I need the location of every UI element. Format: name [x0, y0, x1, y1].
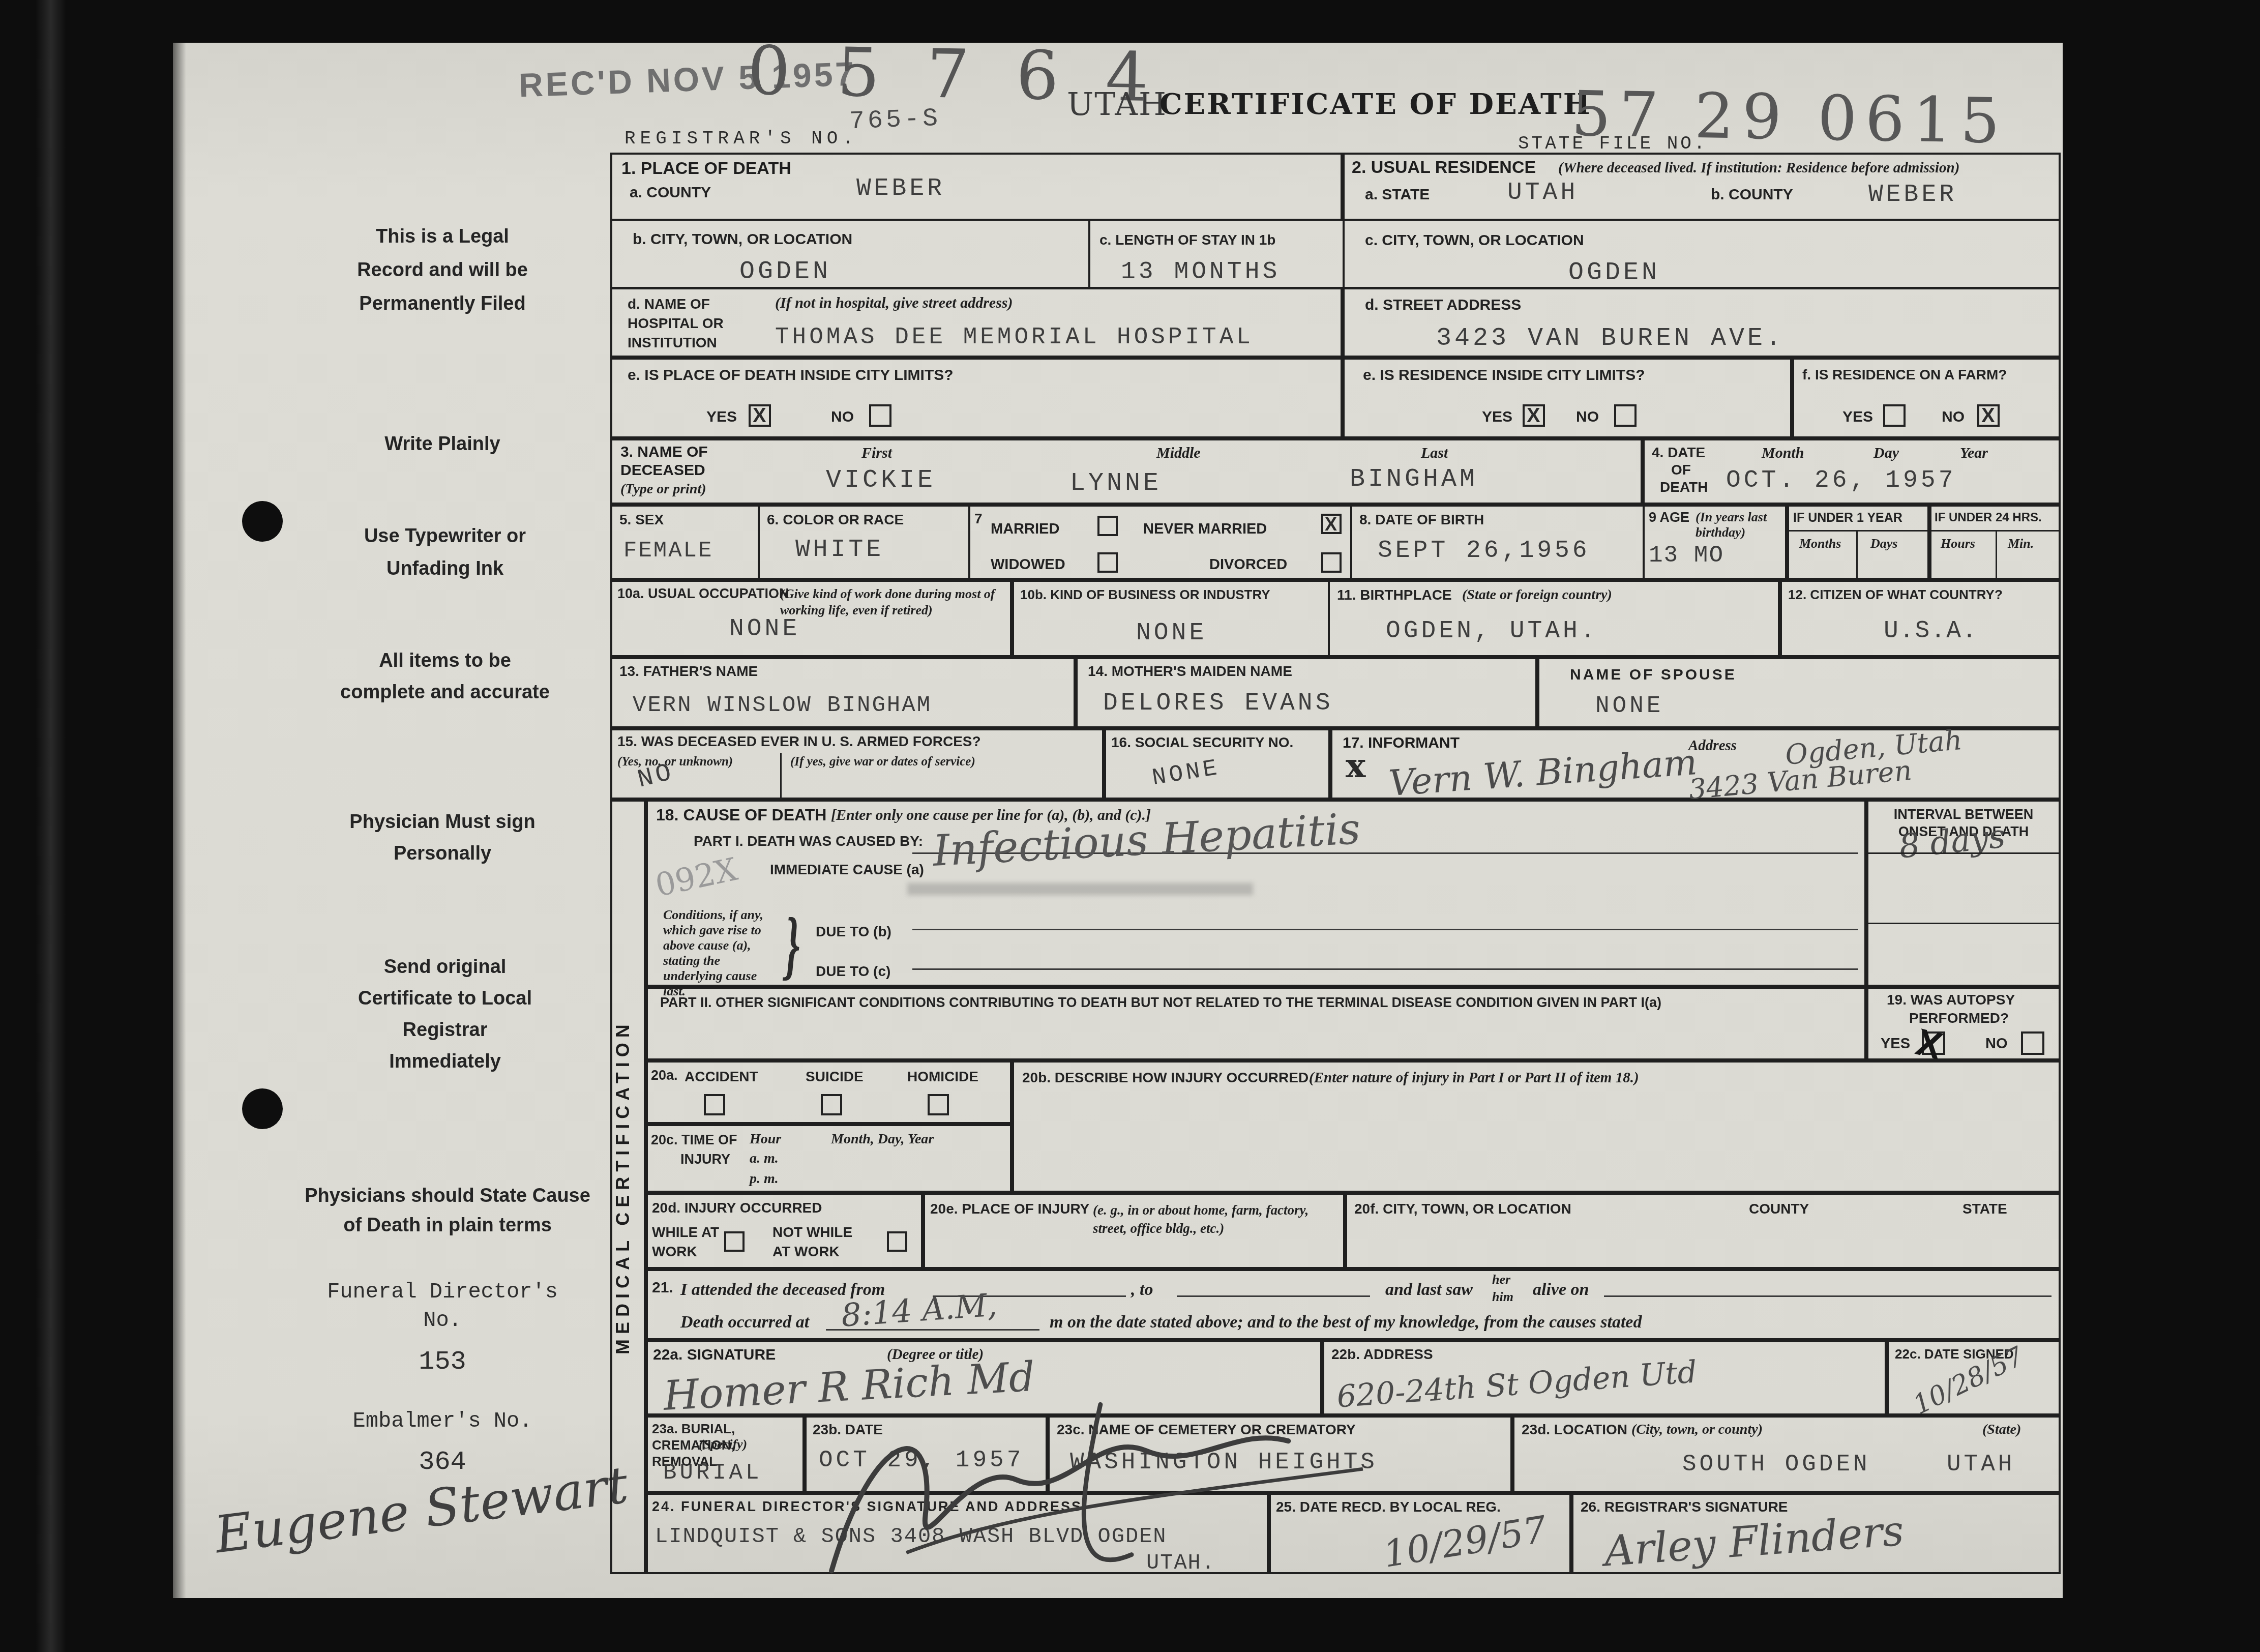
field-21-text6: m on the date stated above; and to the b… [1050, 1313, 1642, 1332]
field-20a: 20a. ACCIDENT SUICIDE HOMICIDE [646, 1060, 1012, 1124]
field-1d: d. NAME OF HOSPITAL OR INSTITUTION (If n… [610, 287, 1343, 358]
field-7-divorced-checkbox [1321, 552, 1342, 573]
field-2f-yes-checkbox [1883, 404, 1906, 427]
field-18-part2: PART II. OTHER SIGNIFICANT CONDITIONS CO… [646, 987, 1866, 1060]
field-1c-label: c. LENGTH OF STAY IN 1b [1099, 232, 1275, 248]
field-23d-state-value: UTAH [1947, 1451, 2015, 1478]
not-while-label1: NOT WHILE [772, 1224, 852, 1241]
field-21-text2: , to [1131, 1280, 1153, 1300]
field-8-value: SEPT 26,1956 [1378, 537, 1590, 565]
field-20e-hint: (e. g., in or about home, farm, factory,… [1093, 1201, 1337, 1237]
field-1e-label: e. IS PLACE OF DEATH INSIDE CITY LIMITS? [628, 367, 954, 384]
county-label: COUNTY [1749, 1201, 1809, 1217]
punch-hole-bottom [242, 1088, 283, 1129]
field-1d-label: d. NAME OF HOSPITAL OR INSTITUTION [628, 294, 745, 352]
field-23a-burial: 23a. BURIAL, CREMATION, REMOVAL (Specify… [646, 1415, 805, 1493]
field-spouse-name: NAME OF SPOUSE NONE [1537, 657, 2061, 728]
due-to-b-label: DUE TO (b) [816, 924, 891, 940]
field-2a-value: UTAH [1507, 179, 1578, 206]
field-23d-location: 23d. LOCATION (City, town, or county) (S… [1512, 1415, 2061, 1493]
field-20c: 20c. TIME OF INJURY Hour a. m. p. m. Mon… [646, 1124, 1012, 1193]
homicide-checkbox [928, 1094, 949, 1115]
field-3-last-value: BINGHAM [1350, 465, 1478, 494]
field-26-label: 26. REGISTRAR'S SIGNATURE [1581, 1499, 1788, 1515]
field-2c-value: OGDEN [1568, 258, 1660, 287]
due-to-c-line [912, 968, 1858, 970]
field-7-num: 7 [974, 511, 983, 527]
field-4-col-day: Day [1874, 445, 1899, 462]
field-1b-label: b. CITY, TOWN, OR LOCATION [633, 231, 852, 248]
field-10a-hint: (Give kind of work done during most of w… [780, 586, 1004, 618]
field-2e-no-checkbox [1614, 404, 1637, 427]
field-20b: 20b. DESCRIBE HOW INJURY OCCURRED. (Ente… [1012, 1060, 2061, 1193]
field-1c: c. LENGTH OF STAY IN 1b 13 MONTHS [1088, 219, 1345, 289]
registrar-no-label: REGISTRAR'S NO. [625, 128, 858, 149]
field-20b-hint: (Enter nature of injury in Part I or Par… [1309, 1070, 1639, 1086]
field-1-title: 1. PLACE OF DEATH [621, 159, 791, 179]
field-1a-value: WEBER [856, 175, 945, 202]
while-at-work-checkbox [724, 1231, 745, 1252]
field-1e-no-checkbox [869, 404, 891, 427]
margin-note-send-original: Send original Certificate to Local Regis… [346, 951, 544, 1077]
field-10b-value: NONE [1136, 619, 1207, 647]
field-7-widowed-checkbox [1097, 552, 1118, 573]
field-9-under-24-hrs: IF UNDER 24 HRS. Hours Min. [1929, 505, 2061, 580]
margin-note-plain-terms: Physicians should State Cause of Death i… [295, 1181, 600, 1240]
field-20b-label: 20b. DESCRIBE HOW INJURY OCCURRED. [1022, 1070, 1313, 1086]
field-2-title: 2. USUAL RESIDENCE [1352, 158, 1536, 178]
field-2e-yes-mark: X [1527, 404, 1540, 427]
field-5-label: 5. SEX [619, 512, 664, 528]
field-18-interval: INTERVAL BETWEEN ONSET AND DEATH 8 days [1866, 800, 2061, 987]
days-label: Days [1870, 536, 1897, 551]
field-20f-label: 20f. CITY, TOWN, OR LOCATION [1354, 1201, 1571, 1217]
field-3-col-middle: Middle [1156, 445, 1201, 462]
her-label: her [1492, 1272, 1510, 1287]
field-3-middle-value: LYNNE [1070, 469, 1162, 498]
field-20d: 20d. INJURY OCCURRED WHILE AT WORK NOT W… [646, 1193, 923, 1269]
field-9-under-1-year: IF UNDER 1 YEAR Months Days [1787, 505, 1929, 580]
medical-certification-strip: MEDICAL CERTIFICATION [610, 800, 646, 1574]
field-23d-state-hint: (State) [1982, 1422, 2021, 1438]
field-2b-label: b. COUNTY [1711, 186, 1793, 203]
field-13-value: VERN WINSLOW BINGHAM [633, 693, 932, 718]
field-7-married-checkbox [1097, 516, 1118, 536]
due-to-b-line [912, 929, 1858, 930]
field-6-value: WHITE [795, 536, 884, 564]
him-label: him [1492, 1289, 1513, 1305]
field-3-col-first: First [861, 445, 892, 462]
field-15-divider [780, 753, 782, 800]
field-23d-hint: (City, town, or county) [1631, 1422, 1763, 1438]
field-1e-yes-mark: X [753, 404, 766, 427]
field-16-ssn: 16. SOCIAL SECURITY NO. NONE [1104, 728, 1330, 800]
funeral-director-no-label: Funeral Director's No. [315, 1278, 570, 1335]
field-3-first-value: VICKIE [826, 466, 936, 495]
pm-label: p. m. [750, 1171, 779, 1187]
field-4-col-year: Year [1960, 445, 1988, 462]
field-7-never-married-checkbox: X [1321, 514, 1342, 534]
field-2f-label: f. IS RESIDENCE ON A FARM? [1802, 367, 2007, 383]
field-2e-no-label: NO [1576, 408, 1599, 426]
conditions-note: Conditions, if any, which gave rise to a… [663, 907, 780, 999]
field-2f-yes-label: YES [1842, 408, 1873, 426]
field-18-title: 18. CAUSE OF DEATH [656, 806, 826, 824]
field-19-label1: 19. WAS AUTOPSY [1887, 992, 2015, 1008]
field-4-l1: 4. DATE [1652, 445, 1705, 461]
field-11-birthplace: 11. BIRTHPLACE (State or foreign country… [1328, 580, 1780, 657]
spouse-label: NAME OF SPOUSE [1570, 666, 1737, 684]
margin-note-typewriter: Use Typewriter or Unfading Ink [351, 520, 539, 585]
field-7-divorced-label: DIVORCED [1209, 556, 1287, 573]
field-2e: e. IS RESIDENCE INSIDE CITY LIMITS? YES … [1343, 358, 1792, 438]
field-7-never-married-label: NEVER MARRIED [1143, 521, 1267, 538]
field-4-date-of-death: 4. DATE OF DEATH Month Day Year OCT. 26,… [1643, 438, 2061, 505]
field-3-name-of-deceased: 3. NAME OF DECEASED (Type or print) Firs… [610, 438, 1643, 505]
field-14-value: DELORES EVANS [1103, 690, 1333, 717]
interval-divider-1 [1868, 852, 2059, 854]
field-21-text3: and last saw [1385, 1280, 1473, 1300]
field-22c-date-signed: 22c. DATE SIGNED 10/28/57 [1887, 1340, 2061, 1415]
while-at-label2: WORK [652, 1244, 697, 1260]
field-15-label: 15. WAS DECEASED EVER IN U. S. ARMED FOR… [617, 733, 981, 750]
field-23d-label: 23d. LOCATION [1522, 1422, 1627, 1438]
field-4-l2: OF [1671, 462, 1691, 478]
field-21-num: 21. [652, 1279, 673, 1296]
field-5-sex: 5. SEX FEMALE [610, 505, 760, 580]
field-11-hint: (State or foreign country) [1462, 587, 1612, 603]
field-9-hint: (In years last birthday) [1696, 510, 1782, 540]
field-8-date-of-birth: 8. DATE OF BIRTH SEPT 26,1956 [1350, 505, 1645, 580]
am-label: a. m. [750, 1150, 779, 1167]
field-22a-label: 22a. SIGNATURE [653, 1346, 776, 1364]
field-15-armed-forces: 15. WAS DECEASED EVER IN U. S. ARMED FOR… [610, 728, 1104, 800]
field-3-title2: DECEASED [620, 462, 705, 479]
under-1-year-label: IF UNDER 1 YEAR [1793, 511, 1902, 525]
field-4-l3: DEATH [1660, 479, 1708, 495]
cause-a-smudge [907, 883, 1253, 895]
field-16-value: NONE [1150, 755, 1222, 791]
field-1b: b. CITY, TOWN, OR LOCATION OGDEN [610, 219, 1090, 289]
field-18-cause-of-death: 18. CAUSE OF DEATH [Enter only one cause… [646, 800, 1866, 987]
field-7-married-label: MARRIED [991, 521, 1059, 538]
field-23a-value: BURIAL [663, 1460, 762, 1486]
field-2f-no-checkbox: X [1977, 404, 2000, 427]
field-2c: c. CITY, TOWN, OR LOCATION OGDEN [1343, 219, 2061, 289]
paper-left-edge-shadow [173, 43, 186, 1598]
field-18-immediate-label: IMMEDIATE CAUSE (a) [770, 862, 924, 878]
field-2f-no-label: NO [1942, 408, 1965, 426]
alive-on-line [1604, 1295, 2051, 1297]
homicide-label: HOMICIDE [907, 1069, 978, 1085]
field-2e-yes-label: YES [1482, 408, 1512, 426]
field-2-hint: (Where deceased lived. If institution: R… [1558, 160, 1959, 176]
months-label: Months [1799, 536, 1841, 551]
field-19-yes-checkbox: X [1922, 1031, 1945, 1055]
under-1-year-divider [1789, 530, 1927, 532]
margin-note-legal-record: This is a Legal Record and will be Perma… [356, 220, 529, 320]
field-7-never-married-mark: X [1325, 514, 1337, 535]
field-7-marital-status: 7 MARRIED NEVER MARRIED X WIDOWED DIVORC… [968, 505, 1352, 580]
hours-min-divider [1996, 530, 1997, 578]
field-3-col-last: Last [1421, 445, 1448, 462]
attended-to-line [1177, 1295, 1370, 1297]
field-6-label: 6. COLOR OR RACE [767, 512, 904, 528]
field-23a-hint: (Specify) [699, 1437, 747, 1452]
field-2a-label: a. STATE [1365, 186, 1430, 203]
page-title: CERTIFICATE OF DEATH [1159, 87, 1592, 121]
field-1a-label: a. COUNTY [630, 184, 711, 201]
field-1b-value: OGDEN [739, 257, 831, 286]
margin-note-physician-sign: Physician Must sign Personally [336, 806, 549, 869]
field-2c-label: c. CITY, TOWN, OR LOCATION [1365, 232, 1584, 249]
field-2f: f. IS RESIDENCE ON A FARM? YES NO X [1792, 358, 2061, 438]
field-9-age: 9 AGE (In years last birthday) 13 MO [1643, 505, 1787, 580]
field-16-label: 16. SOCIAL SECURITY NO. [1111, 734, 1293, 751]
field-20e: 20e. PLACE OF INJURY (e. g., in or about… [923, 1193, 1345, 1269]
field-23d-value: SOUTH OGDEN [1682, 1451, 1870, 1478]
field-10b-industry: 10b. KIND OF BUSINESS OR INDUSTRY NONE [1012, 580, 1330, 657]
field-12-citizen: 12. CITIZEN OF WHAT COUNTRY? U.S.A. [1780, 580, 2061, 657]
field-19-no-label: NO [1985, 1036, 2008, 1052]
informant-x-mark: x [1346, 746, 1365, 785]
field-2e-label: e. IS RESIDENCE INSIDE CITY LIMITS? [1363, 367, 1645, 384]
field-5-value: FEMALE [623, 538, 713, 564]
suicide-checkbox [821, 1094, 842, 1115]
field-11-value: OGDEN, UTAH. [1386, 617, 1598, 645]
field-12-label: 12. CITIZEN OF WHAT COUNTRY? [1788, 587, 2003, 603]
field-26-registrar-signature: 26. REGISTRAR'S SIGNATURE Arley Flinders [1571, 1493, 2061, 1574]
due-to-c-label: DUE TO (c) [816, 963, 890, 980]
under-24-hrs-label: IF UNDER 24 HRS. [1935, 511, 2042, 525]
field-2d: d. STREET ADDRESS 3423 VAN BUREN AVE. [1343, 287, 2061, 358]
scanned-death-certificate: REC'D NOV 5 1957 05764 REGISTRAR'S NO. 7… [0, 0, 2260, 1652]
month-day-year-label: Month, Day, Year [831, 1131, 934, 1147]
field-8-label: 8. DATE OF BIRTH [1359, 512, 1484, 528]
field-20c-label1: 20c. TIME OF [651, 1132, 737, 1148]
field-2d-value: 3423 VAN BUREN AVE. [1436, 324, 1784, 353]
field-19-autopsy: 19. WAS AUTOPSY PERFORMED? YES X NO [1866, 987, 2061, 1060]
months-days-divider [1856, 530, 1858, 578]
part2-label: PART II. OTHER SIGNIFICANT CONDITIONS CO… [660, 995, 1661, 1011]
field-1c-value: 13 MONTHS [1121, 258, 1280, 286]
state-label: STATE [1962, 1201, 2007, 1217]
field-1e-yes-label: YES [706, 408, 737, 426]
punch-hole-top [242, 501, 283, 542]
pencil-code: 092X [652, 850, 740, 904]
field-14-mother-maiden-name: 14. MOTHER'S MAIDEN NAME DELORES EVANS [1076, 657, 1537, 728]
not-while-label2: AT WORK [772, 1244, 840, 1260]
accident-checkbox [704, 1094, 725, 1115]
field-2d-label: d. STREET ADDRESS [1365, 297, 1521, 314]
field-20f: 20f. CITY, TOWN, OR LOCATION COUNTY STAT… [1345, 1193, 2061, 1269]
field-21-attendance: 21. I attended the deceased from , to an… [646, 1269, 2061, 1340]
hour-label: Hour [750, 1131, 781, 1147]
field-10b-label: 10b. KIND OF BUSINESS OR INDUSTRY [1020, 587, 1270, 603]
field-9-value: 13 MO [1649, 542, 1724, 569]
while-at-label1: WHILE AT [652, 1224, 719, 1241]
state-file-number-stamp: 57 29 0615 [1571, 78, 2009, 158]
field-9-label: 9 AGE [1649, 510, 1689, 525]
under-24-divider [1931, 530, 2059, 532]
not-while-at-work-checkbox [887, 1231, 907, 1252]
field-20a-num: 20a. [651, 1068, 678, 1083]
field-2-usual-residence: 2. USUAL RESIDENCE (Where deceased lived… [1343, 153, 2061, 221]
field-7-widowed-label: WIDOWED [991, 556, 1065, 573]
field-19-no-checkbox [2021, 1031, 2044, 1055]
field-13-label: 13. FATHER'S NAME [619, 663, 758, 680]
field-6-color-or-race: 6. COLOR OR RACE WHITE [758, 505, 970, 580]
field-20c-label2: INJURY [680, 1152, 730, 1167]
field-20d-label: 20d. INJURY OCCURRED [652, 1200, 822, 1216]
field-1-place-of-death: 1. PLACE OF DEATH a. COUNTY WEBER [610, 153, 1343, 221]
spouse-value: NONE [1595, 693, 1663, 719]
suicide-label: SUICIDE [806, 1069, 864, 1085]
field-1e: e. IS PLACE OF DEATH INSIDE CITY LIMITS?… [610, 358, 1343, 438]
field-17-informant: 17. INFORMANT x Vern W. Bingham Address … [1330, 728, 2061, 800]
title-state: UTAH [1067, 85, 1167, 123]
field-19-yes-label: YES [1881, 1036, 1910, 1052]
field-10a-label: 10a. USUAL OCCUPATION [617, 586, 789, 602]
conditions-brace: } [785, 901, 800, 989]
field-13-father-name: 13. FATHER'S NAME VERN WINSLOW BINGHAM [610, 657, 1076, 728]
field-12-value: U.S.A. [1884, 617, 1978, 645]
field-11-label: 11. BIRTHPLACE [1337, 587, 1452, 603]
field-14-label: 14. MOTHER'S MAIDEN NAME [1088, 663, 1292, 680]
field-3-title1: 3. NAME OF [620, 444, 708, 461]
field-10a-occupation: 10a. USUAL OCCUPATION (Give kind of work… [610, 580, 1012, 657]
registrar-no-value: 765-S [849, 104, 941, 136]
field-2e-yes-checkbox: X [1523, 404, 1545, 427]
field-2b-value: WEBER [1868, 181, 1957, 209]
funeral-director-no-value: 153 [315, 1347, 570, 1377]
margin-note-write-plainly: Write Plainly [315, 433, 570, 455]
field-3-hint: (Type or print) [620, 481, 706, 497]
field-20e-label: 20e. PLACE OF INJURY [930, 1201, 1089, 1217]
field-18-part1-label: PART I. DEATH WAS CAUSED BY: [694, 833, 923, 849]
min-label: Min. [2008, 536, 2034, 551]
field-21-text4: alive on [1533, 1280, 1589, 1300]
registrar-signature-value: Arley Flinders [1602, 1507, 1905, 1576]
informant-address-label: Address [1688, 737, 1737, 754]
margin-note-complete: All items to be complete and accurate [336, 645, 554, 708]
field-4-col-month: Month [1762, 445, 1804, 462]
field-21-text5: Death occurred at [680, 1313, 809, 1332]
interval-divider-2 [1868, 923, 2059, 924]
field-1d-value: THOMAS DEE MEMORIAL HOSPITAL [775, 324, 1254, 350]
field-2f-no-mark: X [1981, 404, 1995, 427]
field-15-hint2: (If yes, give war or dates of service) [790, 755, 975, 769]
field-4-value: OCT. 26, 1957 [1726, 467, 1956, 494]
field-10a-value: NONE [729, 615, 800, 643]
hours-label: Hours [1941, 536, 1975, 551]
field-1d-hint: (If not in hospital, give street address… [775, 294, 1013, 312]
embalmer-no-label: Embalmer's No. [305, 1409, 580, 1433]
field-1e-yes-checkbox: X [749, 404, 771, 427]
scan-streak [36, 0, 66, 1652]
field-1e-no-label: NO [831, 408, 854, 426]
accident-label: ACCIDENT [685, 1069, 758, 1085]
